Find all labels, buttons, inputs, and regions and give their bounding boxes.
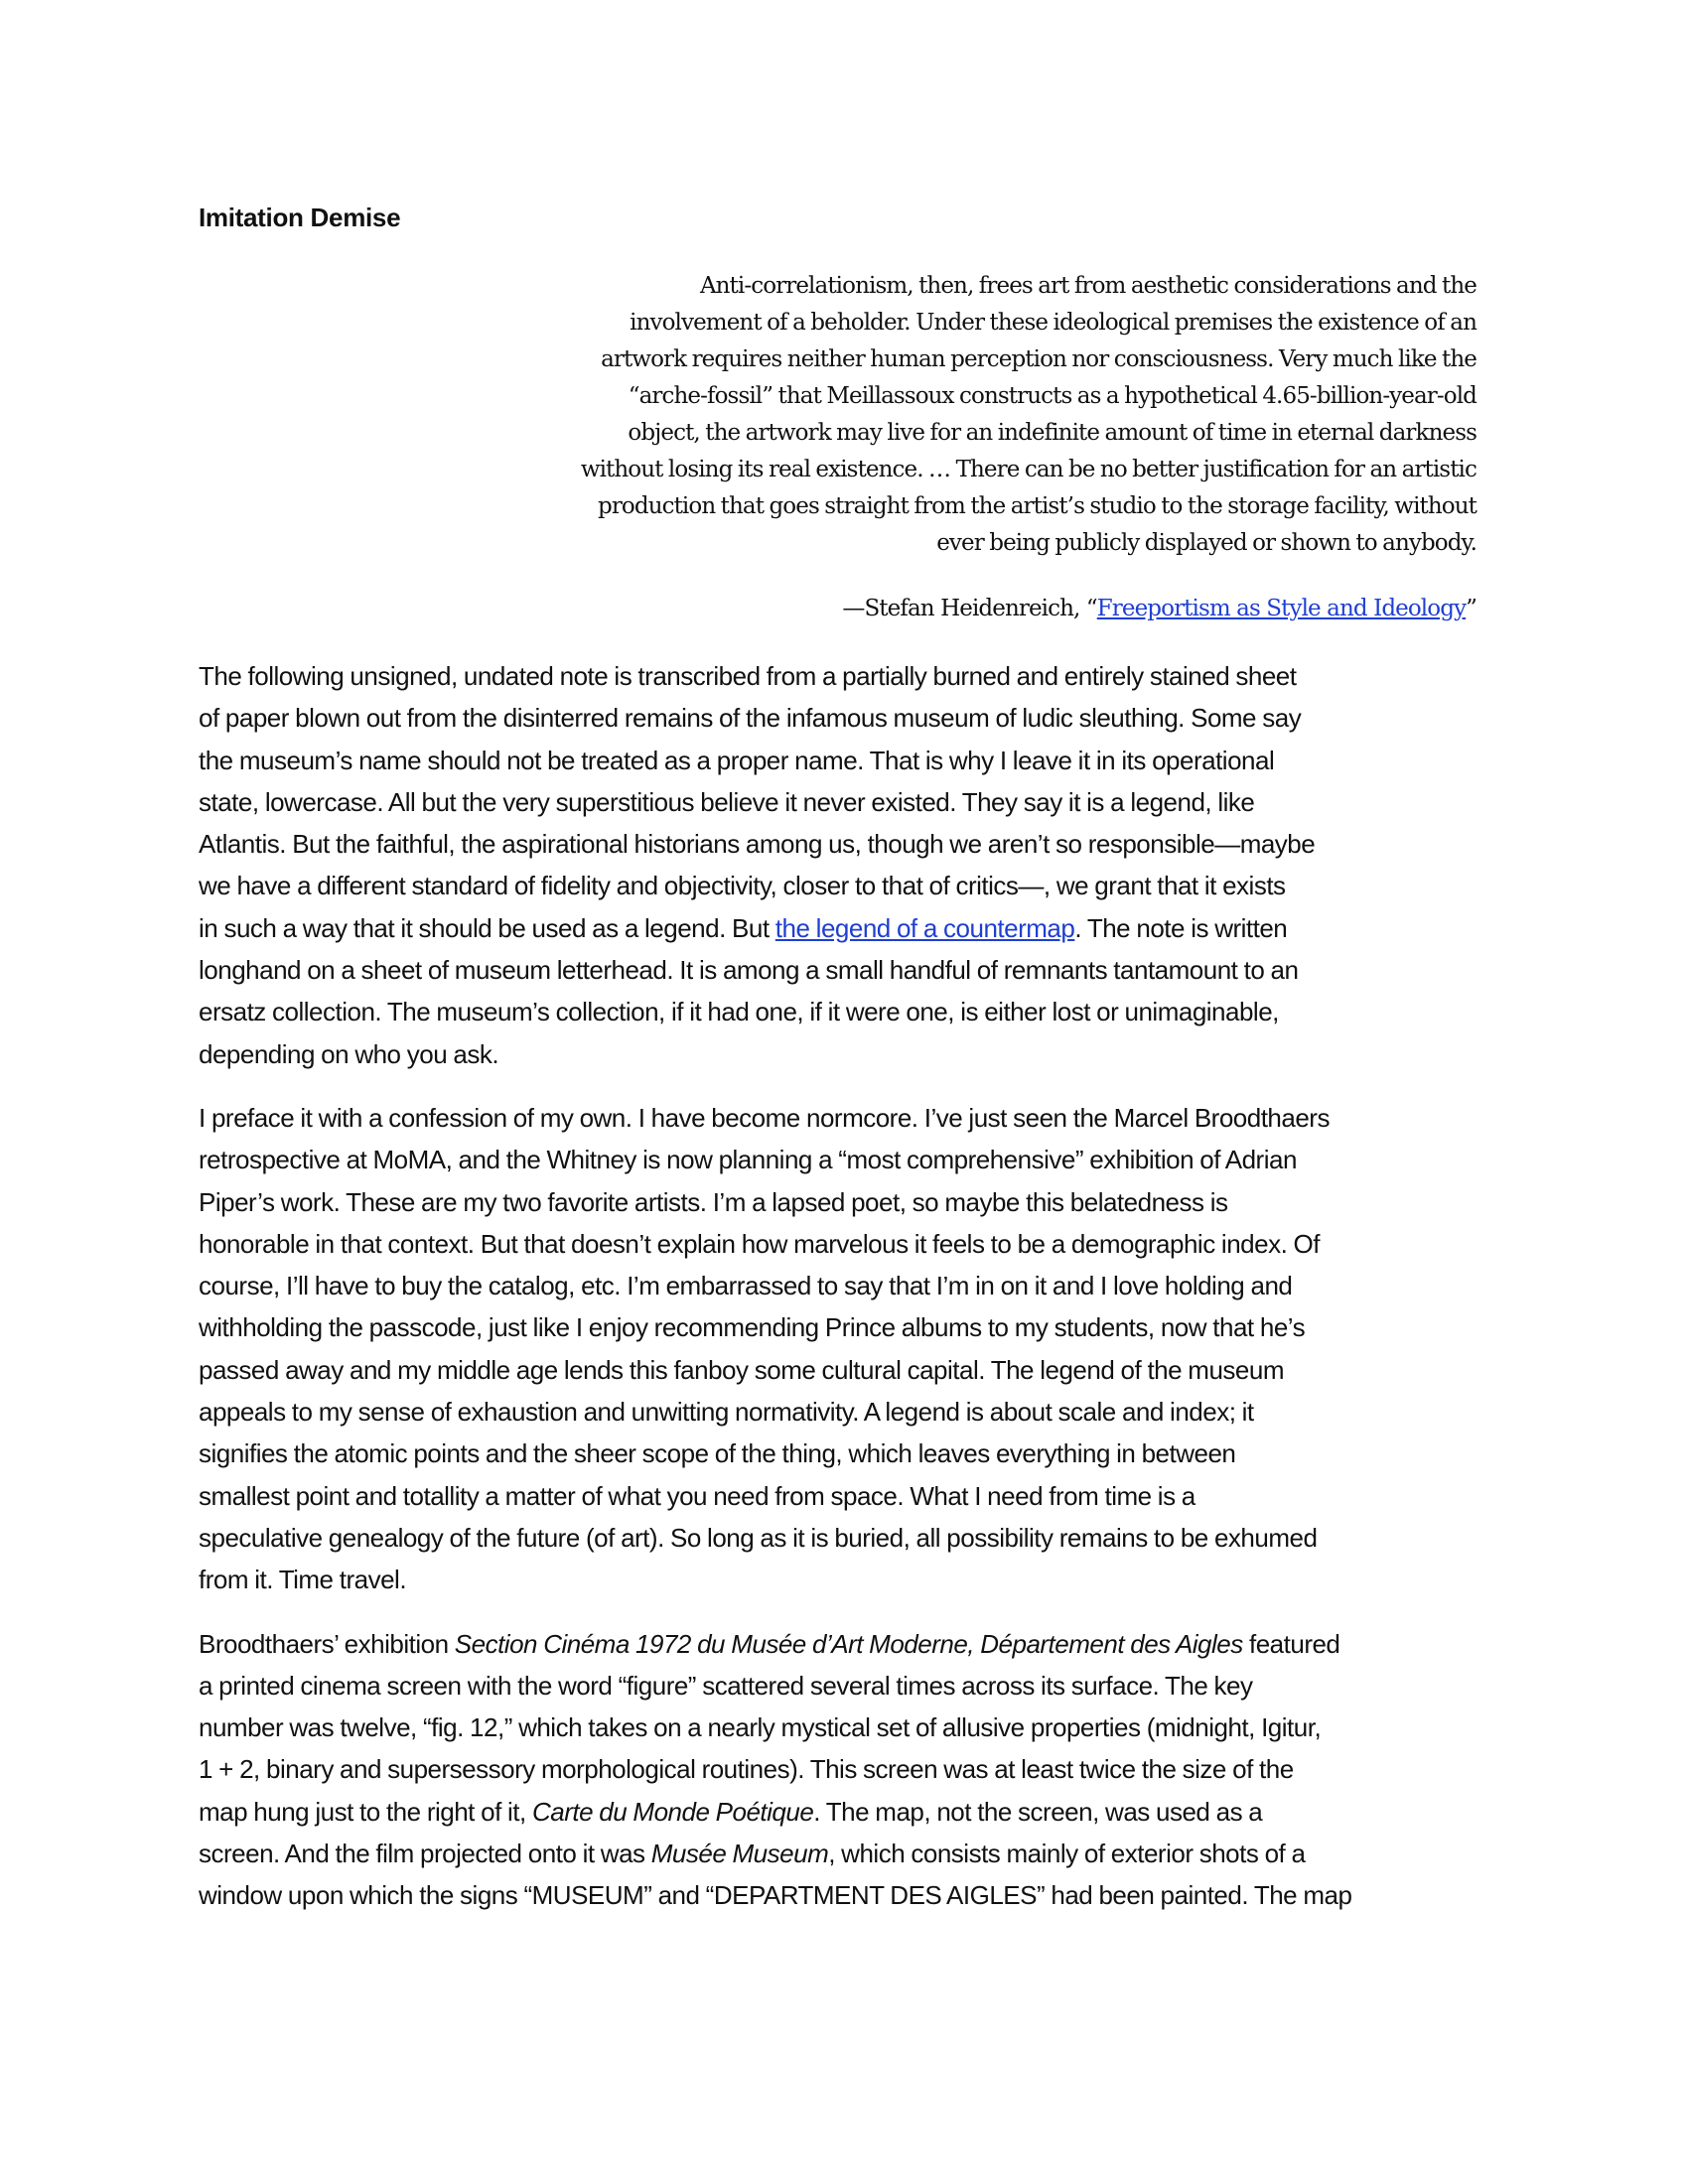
text-line: signifies the atomic points and the shee… [199,1433,1499,1474]
text-line: honorable in that context. But that does… [199,1223,1499,1265]
text-line: speculative genealogy of the future (of … [199,1517,1499,1559]
text-fragment: in such a way that it should be used as … [199,913,775,943]
text-line: course, I’ll have to buy the catalog, et… [199,1265,1499,1306]
text-line: number was twelve, “fig. 12,” which take… [199,1706,1499,1748]
text-line: depending on who you ask. [199,1033,1499,1075]
text-line: a printed cinema screen with the word “f… [199,1665,1499,1706]
text-fragment: , which consists mainly of exterior shot… [828,1839,1305,1868]
text-line: I preface it with a confession of my own… [199,1097,1499,1139]
text-line: 1 + 2, binary and supersessory morpholog… [199,1748,1499,1790]
epigraph-line: ever being publicly displayed or shown t… [467,525,1477,562]
text-line: of paper blown out from the disinterred … [199,697,1499,739]
text-line: appeals to my sense of exhaustion and un… [199,1391,1499,1433]
body-text: The following unsigned, undated note is … [199,655,1499,1939]
epigraph-line: object, the artwork may live for an inde… [467,415,1477,452]
text-line: Broodthaers’ exhibition Section Cinéma 1… [199,1623,1499,1665]
text-line: window upon which the signs “MUSEUM” and… [199,1874,1499,1916]
epigraph-line: involvement of a beholder. Under these i… [467,305,1477,341]
epigraph-quote: Anti-correlationism, then, frees art fro… [467,268,1477,562]
text-line: map hung just to the right of it, Carte … [199,1791,1499,1833]
text-fragment: featured [1243,1629,1340,1659]
text-line: the museum’s name should not be treated … [199,740,1499,781]
citation-close-quote: ” [1466,596,1477,621]
text-line: Piper’s work. These are my two favorite … [199,1181,1499,1223]
paragraph-2: I preface it with a confession of my own… [199,1097,1499,1601]
artwork-title: Carte du Monde Poétique [532,1797,813,1827]
document-title: Imitation Demise [199,203,400,233]
text-line: in such a way that it should be used as … [199,907,1499,949]
film-title: Musée Museum [651,1839,828,1868]
paragraph-3: Broodthaers’ exhibition Section Cinéma 1… [199,1623,1499,1917]
epigraph-citation: —Stefan Heidenreich, “Freeportism as Sty… [467,591,1477,627]
text-line: smallest point and totallity a matter of… [199,1475,1499,1517]
text-fragment: Broodthaers’ exhibition [199,1629,455,1659]
text-line: Atlantis. But the faithful, the aspirati… [199,823,1499,865]
citation-author: —Stefan Heidenreich, “ [842,596,1096,621]
text-line: screen. And the film projected onto it w… [199,1833,1499,1874]
epigraph-line: artwork requires neither human perceptio… [467,341,1477,378]
text-line: from it. Time travel. [199,1559,1499,1600]
text-line: passed away and my middle age lends this… [199,1349,1499,1391]
citation-link[interactable]: Freeportism as Style and Ideology [1097,596,1466,621]
epigraph-line: without losing its real existence. … The… [467,452,1477,488]
text-line: ersatz collection. The museum’s collecti… [199,991,1499,1032]
epigraph-line: Anti-correlationism, then, frees art fro… [467,268,1477,305]
text-fragment: . The note is written [1074,913,1287,943]
text-line: we have a different standard of fidelity… [199,865,1499,906]
text-fragment: map hung just to the right of it, [199,1797,532,1827]
text-fragment: . The map, not the screen, was used as a [813,1797,1262,1827]
countermap-link[interactable]: the legend of a countermap [775,913,1075,943]
exhibition-title: Section Cinéma 1972 du Musée d’Art Moder… [455,1629,1243,1659]
epigraph-line: production that goes straight from the a… [467,488,1477,525]
text-fragment: screen. And the film projected onto it w… [199,1839,651,1868]
paragraph-1: The following unsigned, undated note is … [199,655,1499,1075]
epigraph-line: “arche-fossil” that Meillassoux construc… [467,378,1477,415]
text-line: withholding the passcode, just like I en… [199,1306,1499,1348]
text-line: The following unsigned, undated note is … [199,655,1499,697]
text-line: longhand on a sheet of museum letterhead… [199,949,1499,991]
text-line: state, lowercase. All but the very super… [199,781,1499,823]
text-line: retrospective at MoMA, and the Whitney i… [199,1139,1499,1180]
